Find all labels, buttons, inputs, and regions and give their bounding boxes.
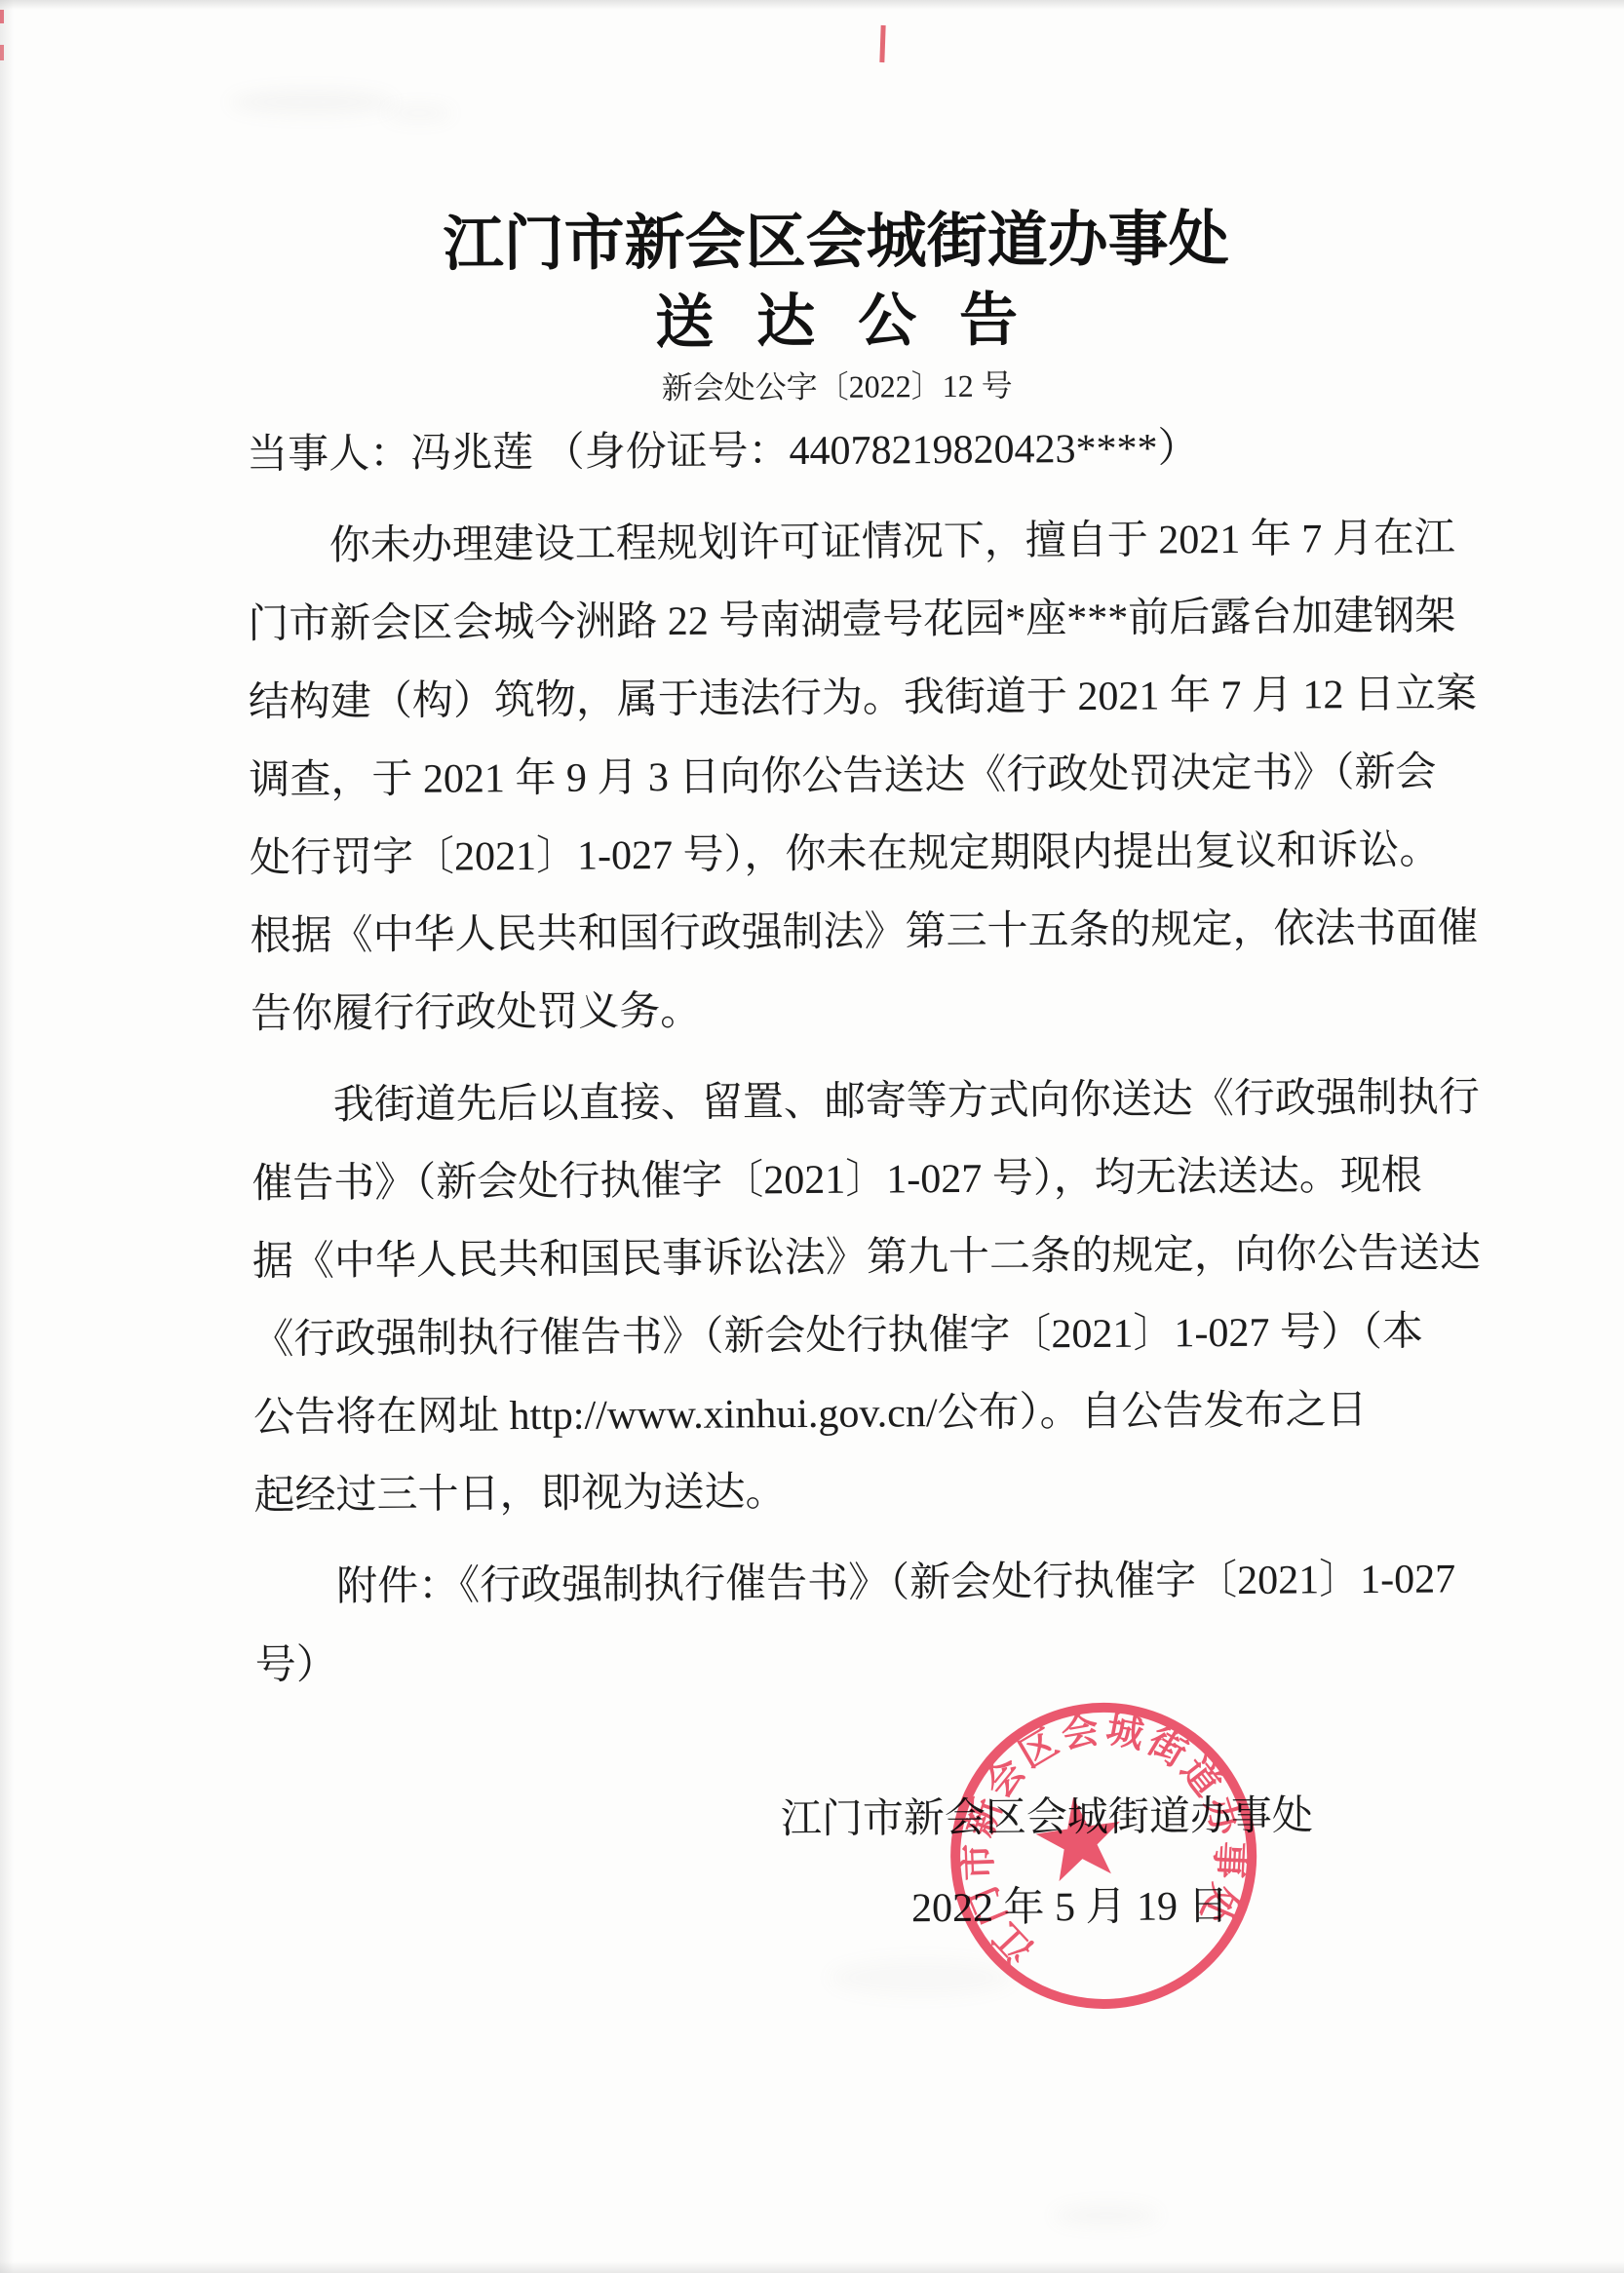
document-content: 江门市新会区会城街道办事处 送达公告 新会处公字〔2022〕12 号 当事人：冯… [0,0,1624,2273]
body-line: 《行政强制执行催告书》（新会处行执催字〔2021〕1-027 号）（本 [252,1293,1435,1379]
issue-date: 2022 年 5 月 19 日 [256,1871,1438,1947]
body-line: 告你履行行政处罚义务。 [251,968,1433,1054]
body-line: 附件：《行政强制执行催告书》（新会处行执催字〔2021〕1-027 [254,1541,1437,1627]
document-number: 新会处公字〔2022〕12 号 [246,359,1427,411]
body-line: 调查，于 2021 年 9 月 3 日向你公告送达《行政处罚决定书》（新会 [249,734,1431,820]
body-line: 你未办理建设工程规划许可证情况下，擅自于 2021 年 7 月在江 [247,500,1429,586]
issuing-office-signature: 江门市新会区会城街道办事处 [256,1782,1438,1858]
body-line: 号） [254,1619,1437,1705]
body-line: 催告书》（新会处行执催字〔2021〕1-027 号），均无法送达。现根 [251,1137,1434,1223]
body-line: 起经过三十日，即视为送达。 [253,1449,1436,1535]
official-red-seal: 江门市新会区会城街道办事处 [915,1668,1292,2044]
body-line: 结构建（构）筑物，属于违法行为。我街道于 2021 年 7 月 12 日立案 [249,656,1431,742]
scanned-document-page: 江门市新会区会城街道办事处 送达公告 新会处公字〔2022〕12 号 当事人：冯… [0,0,1624,2273]
body-line: 公告将在网址 http://www.xinhui.gov.cn/公布）。自公告发… [253,1371,1436,1457]
body-line: 当事人：冯兆莲 （身份证号：44078219820423****） [247,408,1429,494]
seal-ring [936,1687,1272,2023]
body-line: 我街道先后以直接、留置、邮寄等方式向你送达《行政强制执行 [251,1059,1433,1145]
document-body: 当事人：冯兆莲 （身份证号：44078219820423****） 你未办理建设… [247,408,1437,1705]
document-title-office: 江门市新会区会城街道办事处 [245,189,1427,284]
body-line: 据《中华人民共和国民事诉讼法》第九十二条的规定，向你公告送达 [252,1215,1435,1301]
body-line: 根据《中华人民共和国行政强制法》第三十五条的规定，依法书面催 [250,890,1432,976]
document-title-notice-type: 送达公告 [246,271,1428,363]
body-line: 处行罚字〔2021〕1-027 号），你未在规定期限内提出复议和诉讼。 [250,812,1432,898]
body-line: 门市新会区会城今洲路 22 号南湖壹号花园*座***前后露台加建钢架 [248,578,1430,664]
